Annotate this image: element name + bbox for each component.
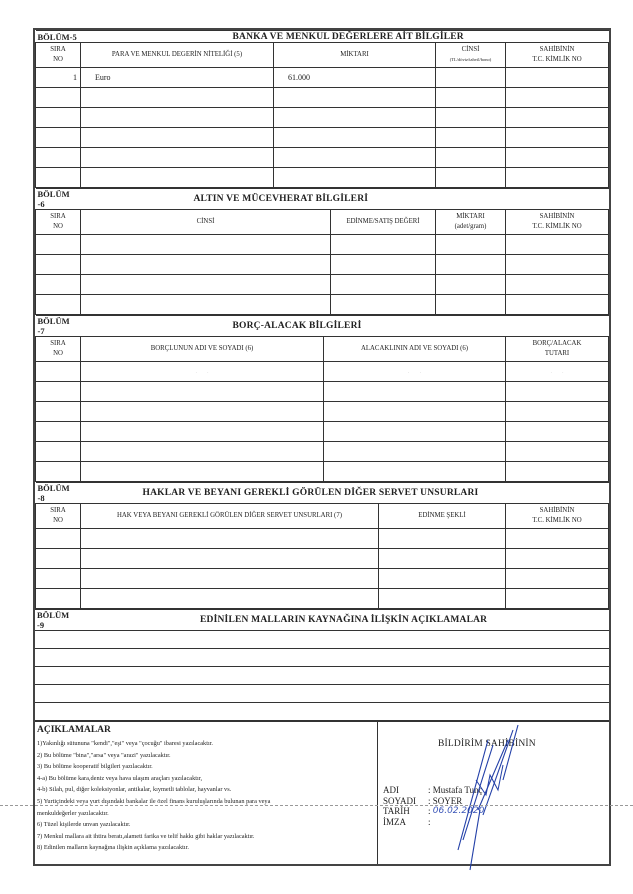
- empty-cell: [436, 275, 506, 295]
- tc-no-cell: [506, 68, 609, 88]
- explanation-note: 7) Menkul mallara ait ihtira beratı,alam…: [37, 831, 375, 843]
- table-row: [36, 549, 609, 569]
- explanation-note: 8) Edinilen malların kaynağına ilişkin a…: [37, 842, 375, 854]
- header-sahibi-tc: SAHİBİNİNT.C. KİMLİK NO: [506, 210, 609, 235]
- declarant-title: BİLDİRİM SAHİBİNİN: [438, 739, 536, 749]
- empty-cell: [36, 295, 81, 315]
- empty-cell: [436, 235, 506, 255]
- empty-cell: [506, 549, 609, 569]
- table-row: [36, 235, 609, 255]
- declaration-form-page: BÖLÜM-5 BANKA VE MENKUL DEĞERLERE AİT Bİ…: [33, 28, 611, 866]
- empty-cell: [506, 462, 609, 482]
- sira-no-cell: [36, 88, 81, 108]
- section7-table: BÖLÜM -7 BORÇ-ALACAK BİLGİLERİ SIRANO BO…: [35, 315, 609, 482]
- empty-cell: [36, 569, 81, 589]
- empty-cell: [36, 235, 81, 255]
- empty-line-cell: [35, 631, 609, 649]
- header-cinsi: CİNSİ(TL/döviz/tahvil/bono): [436, 43, 506, 68]
- miktar-cell: [274, 148, 436, 168]
- explanation-note: menkuldeğerler yazılacaktır.: [37, 808, 375, 820]
- table-row: [36, 295, 609, 315]
- tc-no-cell: [506, 88, 609, 108]
- section8-title: HAKLAR VE BEYANI GEREKLİ GÖRÜLEN DİĞER S…: [81, 483, 609, 504]
- empty-cell: · ·: [81, 362, 324, 382]
- explanation-note: 2) Bu bölüme "bina","arsa" veya "arazi" …: [37, 750, 375, 762]
- empty-cell: [506, 275, 609, 295]
- date-label: TARİH: [383, 806, 428, 817]
- header-sira-no: SIRANO: [36, 337, 81, 362]
- section6-title: ALTIN VE MÜCEVHERAT BİLGİLERİ: [81, 189, 609, 210]
- sira-no-cell: [36, 148, 81, 168]
- empty-cell: [506, 382, 609, 402]
- explanation-line: [35, 685, 609, 703]
- empty-cell: [506, 569, 609, 589]
- empty-cell: [379, 549, 506, 569]
- table-row: · ·· ·· ·: [36, 362, 609, 382]
- name-value: : Mustafa Tunç: [428, 785, 483, 796]
- tc-no-cell: [506, 128, 609, 148]
- explanation-note: 1)Yakınlığı sütununa "kendi","eşi" veya …: [37, 738, 375, 750]
- empty-cell: [81, 569, 379, 589]
- miktar-cell: [274, 88, 436, 108]
- empty-cell: [379, 569, 506, 589]
- empty-cell: [36, 549, 81, 569]
- section5-table: BÖLÜM-5 BANKA VE MENKUL DEĞERLERE AİT Bİ…: [35, 30, 609, 188]
- empty-cell: [81, 275, 331, 295]
- header-sahibi-tc: SAHİBİNİNT.C. KİMLİK NO: [506, 504, 609, 529]
- table-row: [36, 148, 609, 168]
- explanation-note: 3) Bu bölüme kooperatif bilgileri yazıla…: [37, 761, 375, 773]
- empty-cell: [379, 589, 506, 609]
- empty-cell: [506, 589, 609, 609]
- header-tutar: BORÇ/ALACAKTUTARI: [506, 337, 609, 362]
- section7-title: BORÇ-ALACAK BİLGİLERİ: [81, 316, 609, 337]
- cinsi-cell: [436, 88, 506, 108]
- name-label: ADI: [383, 785, 428, 796]
- tc-no-cell: [506, 168, 609, 188]
- empty-cell: [506, 402, 609, 422]
- header-alacakli: ALACAKLININ ADI VE SOYADI (6): [324, 337, 506, 362]
- table-row: [36, 128, 609, 148]
- empty-line-cell: [35, 667, 609, 685]
- empty-cell: [81, 442, 324, 462]
- empty-cell: [81, 462, 324, 482]
- header-miktar: MİKTARI(adet/gram): [436, 210, 506, 235]
- nitelik-cell: [81, 108, 274, 128]
- empty-cell: [324, 422, 506, 442]
- header-sahibi-tc: SAHİBİNİNT.C. KİMLİK NO: [506, 43, 609, 68]
- empty-cell: [81, 402, 324, 422]
- empty-cell: [379, 529, 506, 549]
- empty-cell: [506, 235, 609, 255]
- section5-number: BÖLÜM-5: [36, 31, 81, 43]
- nitelik-cell: [81, 88, 274, 108]
- empty-cell: [36, 442, 81, 462]
- empty-cell: [36, 462, 81, 482]
- empty-cell: [36, 422, 81, 442]
- empty-cell: [331, 255, 436, 275]
- header-hak: HAK VEYA BEYANI GEREKLİ GÖRÜLEN DİĞER SE…: [81, 504, 379, 529]
- empty-cell: · ·: [506, 362, 609, 382]
- empty-cell: [36, 255, 81, 275]
- empty-cell: [36, 589, 81, 609]
- table-row: [36, 275, 609, 295]
- empty-line-cell: [35, 685, 609, 703]
- header-nitelik: PARA VE MENKUL DEGERİN NİTELİĞİ (5): [81, 43, 274, 68]
- header-sira-no: SIRANO: [36, 504, 81, 529]
- empty-cell: [324, 382, 506, 402]
- header-sira-no: SIRANO: [36, 210, 81, 235]
- cinsi-cell: [436, 128, 506, 148]
- nitelik-cell: [81, 128, 274, 148]
- signature-label: İMZA: [383, 817, 428, 828]
- table-row: [36, 422, 609, 442]
- table-row: [36, 255, 609, 275]
- footer-area: AÇIKLAMALAR 1)Yakınlığı sütununa "kendi"…: [35, 721, 609, 864]
- section5-title: BANKA VE MENKUL DEĞERLERE AİT BİLGİLER: [81, 31, 609, 43]
- explanation-line: [35, 667, 609, 685]
- section6-number: BÖLÜM -6: [36, 189, 81, 210]
- empty-cell: [81, 255, 331, 275]
- empty-cell: [331, 295, 436, 315]
- nitelik-cell: [81, 148, 274, 168]
- empty-cell: [506, 529, 609, 549]
- header-edinme-sekli: EDİNME ŞEKLİ: [379, 504, 506, 529]
- table-row: [36, 108, 609, 128]
- tc-no-cell: [506, 108, 609, 128]
- section6-table: BÖLÜM -6 ALTIN VE MÜCEVHERAT BİLGİLERİ S…: [35, 188, 609, 315]
- header-miktar: MİKTARI: [274, 43, 436, 68]
- empty-cell: · ·: [324, 362, 506, 382]
- table-row: [36, 462, 609, 482]
- section7-number: BÖLÜM -7: [36, 316, 81, 337]
- table-row: 1Euro61.000: [36, 68, 609, 88]
- explanation-line: [35, 649, 609, 667]
- empty-cell: [324, 402, 506, 422]
- header-edinme-satis-degeri: EDİNME/SATIŞ DEĞERİ: [331, 210, 436, 235]
- sira-no-cell: [36, 168, 81, 188]
- table-row: [36, 442, 609, 462]
- header-sira-no: SIRANO: [36, 43, 81, 68]
- empty-line-cell: [35, 703, 609, 721]
- cinsi-cell: [436, 168, 506, 188]
- table-row: [36, 529, 609, 549]
- empty-cell: [506, 442, 609, 462]
- empty-cell: [81, 295, 331, 315]
- table-row: [36, 168, 609, 188]
- empty-cell: [81, 589, 379, 609]
- tc-no-cell: [506, 148, 609, 168]
- explanation-note: 4-b) Silah, pul, diğer koleksiyonlar, an…: [37, 784, 375, 796]
- empty-cell: [81, 549, 379, 569]
- empty-cell: [506, 422, 609, 442]
- explanations-box: AÇIKLAMALAR 1)Yakınlığı sütununa "kendi"…: [35, 722, 378, 864]
- table-row: [36, 88, 609, 108]
- empty-cell: [506, 295, 609, 315]
- explanation-line: [35, 703, 609, 721]
- table-row: [36, 589, 609, 609]
- empty-cell: [81, 422, 324, 442]
- declarant-box: BİLDİRİM SAHİBİNİN ADI: Mustafa Tunç SOY…: [378, 722, 609, 864]
- cinsi-cell: [436, 108, 506, 128]
- empty-line-cell: [35, 649, 609, 667]
- cinsi-cell: [436, 148, 506, 168]
- table-row: [36, 382, 609, 402]
- empty-cell: [81, 382, 324, 402]
- miktar-cell: [274, 108, 436, 128]
- section9-table: BÖLÜM -9 EDİNİLEN MALLARIN KAYNAĞINA İLİ…: [35, 609, 609, 721]
- empty-cell: [436, 255, 506, 275]
- nitelik-cell: [81, 168, 274, 188]
- sira-no-cell: [36, 108, 81, 128]
- header-cinsi: CİNSİ: [81, 210, 331, 235]
- nitelik-cell: Euro: [81, 68, 274, 88]
- empty-cell: [436, 295, 506, 315]
- scan-artifact-line: [0, 805, 633, 806]
- empty-cell: [81, 529, 379, 549]
- signature-value: :: [428, 817, 431, 828]
- miktar-cell: 61.000: [274, 68, 436, 88]
- empty-cell: [324, 442, 506, 462]
- explanation-note: 6) Tüzel kişilerde unvan yazılacaktır.: [37, 819, 375, 831]
- explanation-line: [35, 631, 609, 649]
- table-row: [36, 402, 609, 422]
- empty-cell: [331, 235, 436, 255]
- empty-cell: [36, 362, 81, 382]
- header-borclu: BORÇLUNUN ADI VE SOYADI (6): [81, 337, 324, 362]
- explanation-note: 4-a) Bu bölüme kara,deniz veya hava ulaş…: [37, 773, 375, 785]
- sira-no-cell: [36, 128, 81, 148]
- empty-cell: [81, 235, 331, 255]
- cinsi-cell: [436, 68, 506, 88]
- empty-cell: [506, 255, 609, 275]
- explanations-title: AÇIKLAMALAR: [37, 725, 375, 735]
- table-row: [36, 569, 609, 589]
- empty-cell: [36, 402, 81, 422]
- empty-cell: [331, 275, 436, 295]
- empty-cell: [324, 462, 506, 482]
- miktar-cell: [274, 168, 436, 188]
- empty-cell: [36, 529, 81, 549]
- section9-number: BÖLÜM -9: [35, 610, 80, 631]
- miktar-cell: [274, 128, 436, 148]
- empty-cell: [36, 382, 81, 402]
- section9-title: EDİNİLEN MALLARIN KAYNAĞINA İLİŞKİN AÇIK…: [80, 610, 609, 631]
- sira-no-cell: 1: [36, 68, 81, 88]
- section8-table: BÖLÜM -8 HAKLAR VE BEYANI GEREKLİ GÖRÜLE…: [35, 482, 609, 609]
- date-value: 06.02.2020: [433, 806, 485, 817]
- empty-cell: [36, 275, 81, 295]
- section8-number: BÖLÜM -8: [36, 483, 81, 504]
